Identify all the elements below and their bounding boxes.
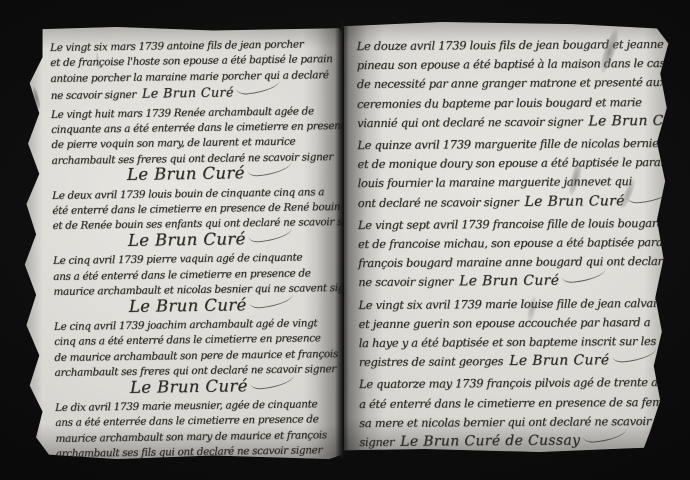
line-text: sa mere et nicolas bernier qui ont decla…: [359, 414, 651, 430]
line-text: antoine porcher la maraine marie porcher…: [50, 69, 328, 85]
line-text: cinquante ans a été enterrée dans le cim…: [51, 120, 352, 136]
line-text: Le quinze avril 1739 marguerite fille de…: [357, 136, 664, 152]
line-text: Le vingt huit mars 1739 Renée archambaul…: [51, 105, 314, 121]
manuscript-line: archambault ses fils qui ont declaré ne …: [56, 443, 340, 462]
line-text: pineau son epouse a été baptisé à la mai…: [357, 56, 665, 72]
line-text: a été enterré dans le cimetierre en pres…: [359, 394, 680, 410]
line-text: de pierre voquin son mary, de laurent et…: [51, 136, 295, 151]
line-text: ont declaré ne scavoir signer: [358, 195, 519, 210]
line-text: maurice archambault son mary de maurice …: [55, 429, 326, 445]
manuscript-line: louis fournier la maraine marguerite jan…: [358, 172, 662, 193]
cure-signature: Le Brun Curé: [128, 229, 293, 250]
line-text: et de monique doury son epouse a été bap…: [357, 155, 671, 171]
manuscript-line: viannié qui ont declaré ne scavoir signe…: [357, 112, 661, 133]
manuscript-line: ne scavoir signerLe Brun Curé: [358, 271, 662, 292]
line-text: Le cinq avril 1739 pierre vaquin agé de …: [53, 252, 302, 267]
line-text: françois bougard maraine anne bougard qu…: [358, 254, 669, 270]
line-text: Le deux avril 1739 louis bouin de cinqua…: [52, 186, 324, 202]
manuscript-line: de necessité par anne granger matrone et…: [357, 73, 661, 94]
manuscript-line: françois bougard maraine anne bougard qu…: [358, 252, 662, 273]
line-text: Le vingt six mars 1739 antoine fils de j…: [50, 38, 304, 54]
line-text: la haye y a été baptisée et son bapteme …: [359, 334, 656, 350]
manuscript-line: ont declaré ne scavoir signerLe Brun Cur…: [358, 192, 662, 213]
cure-signature: Le Brun Curé: [509, 352, 656, 369]
cure-signature: Le Brun Curé: [127, 163, 292, 184]
manuscript-line: signerLe Brun Curé de Cussay: [359, 431, 663, 452]
line-text: Le vingt sept avril 1739 francoise fille…: [358, 216, 664, 232]
line-text: ceremonies du bapteme par louis bougard …: [357, 95, 642, 111]
cure-signature: Le Brun Curé: [129, 294, 294, 315]
line-text: Le quatorze may 1739 françois pilvois ag…: [359, 375, 670, 391]
line-text: de necessité par anne granger matrone et…: [357, 75, 666, 91]
line-text: été enterré dans le cimetierre en presen…: [52, 201, 340, 217]
line-text: louis fournier la maraine marguerite jan…: [358, 175, 632, 191]
left-page-text: Le vingt six mars 1739 antoine fils de j…: [50, 37, 340, 479]
manuscript-line: a été enterré dans le cimetierre en pres…: [359, 393, 663, 414]
line-text: ans a été enterré dans le cimetierre en …: [53, 267, 310, 283]
line-text: ne scavoir signer: [51, 89, 136, 102]
manuscript-line: et jeanne guerin son epouse accouchée pa…: [358, 313, 662, 334]
line-text: Le dix avril 1739 marie meusnier, agée d…: [55, 398, 317, 414]
line-text: et de françoise l'hoste son epouse a été…: [50, 53, 332, 69]
register-scan: Le vingt six mars 1739 antoine fils de j…: [0, 0, 690, 480]
cure-signature: Le Brun Curé de Cussay: [400, 432, 627, 450]
cure-signature: Le Brun Curé: [131, 456, 296, 477]
manuscript-line: ceremonies du bapteme par louis bougard …: [357, 93, 661, 114]
right-page-text: Le douze avril 1739 louis fils de jean b…: [357, 35, 664, 452]
manuscript-line: pineau son epouse a été baptisé à la mai…: [357, 54, 661, 75]
cure-signature: Le Brun Curé: [524, 192, 671, 209]
right-page: Le douze avril 1739 louis fils de jean b…: [344, 22, 670, 452]
manuscript-line: Le vingt six avril 1739 marie louise fil…: [358, 294, 662, 315]
line-text: Le vingt six avril 1739 marie louise fil…: [358, 296, 656, 312]
manuscript-line: registres de saint georgesLe Brun Curé: [359, 351, 663, 372]
manuscript-line: et de francoise michau, son epouse a été…: [358, 233, 662, 254]
manuscript-line: Le quinze avril 1739 marguerite fille de…: [357, 134, 661, 155]
line-text: et de francoise michau, son epouse a été…: [358, 235, 673, 251]
line-text: registres de saint georges: [359, 354, 503, 369]
line-text: ne scavoir signer: [358, 275, 453, 290]
left-page: Le vingt six mars 1739 antoine fils de j…: [20, 27, 342, 459]
line-text: cinq ans a été enterré dans le cimetierr…: [54, 333, 321, 349]
manuscript-line: Le vingt sept avril 1739 francoise fille…: [358, 214, 662, 235]
cure-signature: Le Brun Curé: [588, 112, 690, 129]
manuscript-line: ne scavoir signerLe Brun Curé: [51, 83, 335, 104]
cure-signature: Le Brun Curé: [142, 84, 281, 101]
line-text: et jeanne guerin son epouse accouchée pa…: [359, 315, 651, 331]
line-text: archambault ses fils qui ont declaré ne …: [56, 444, 323, 460]
line-text: signer: [359, 435, 394, 449]
manuscript-line: et de monique doury son epouse a été bap…: [357, 153, 661, 174]
cure-signature: Le Brun Curé: [130, 375, 295, 396]
line-text: ans a été enterrée dans le cimetierre en…: [55, 414, 318, 430]
book-gutter-crease: [335, 20, 349, 458]
line-text: Le cinq avril 1739 joachim archambault a…: [54, 317, 318, 333]
line-text: de maurice archambault son pere de mauri…: [54, 348, 338, 364]
line-text: viannié qui ont declaré ne scavoir signe…: [357, 114, 582, 130]
manuscript-line: Le quatorze may 1739 françois pilvois ag…: [359, 373, 663, 394]
cure-signature: Le Brun Curé: [459, 273, 606, 290]
manuscript-line: Le Brun Curé: [56, 458, 340, 479]
